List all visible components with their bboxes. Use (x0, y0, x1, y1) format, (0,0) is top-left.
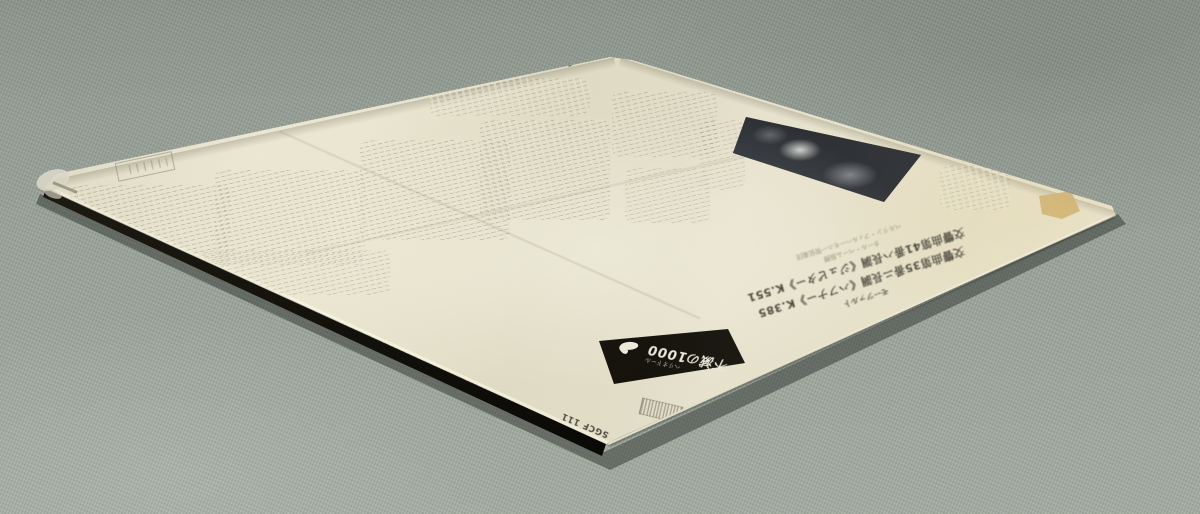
photo-of-lp-jacket: MOZART: SYMPHONIES NOS.35 & 41 "JUPITER"… (0, 0, 1200, 514)
